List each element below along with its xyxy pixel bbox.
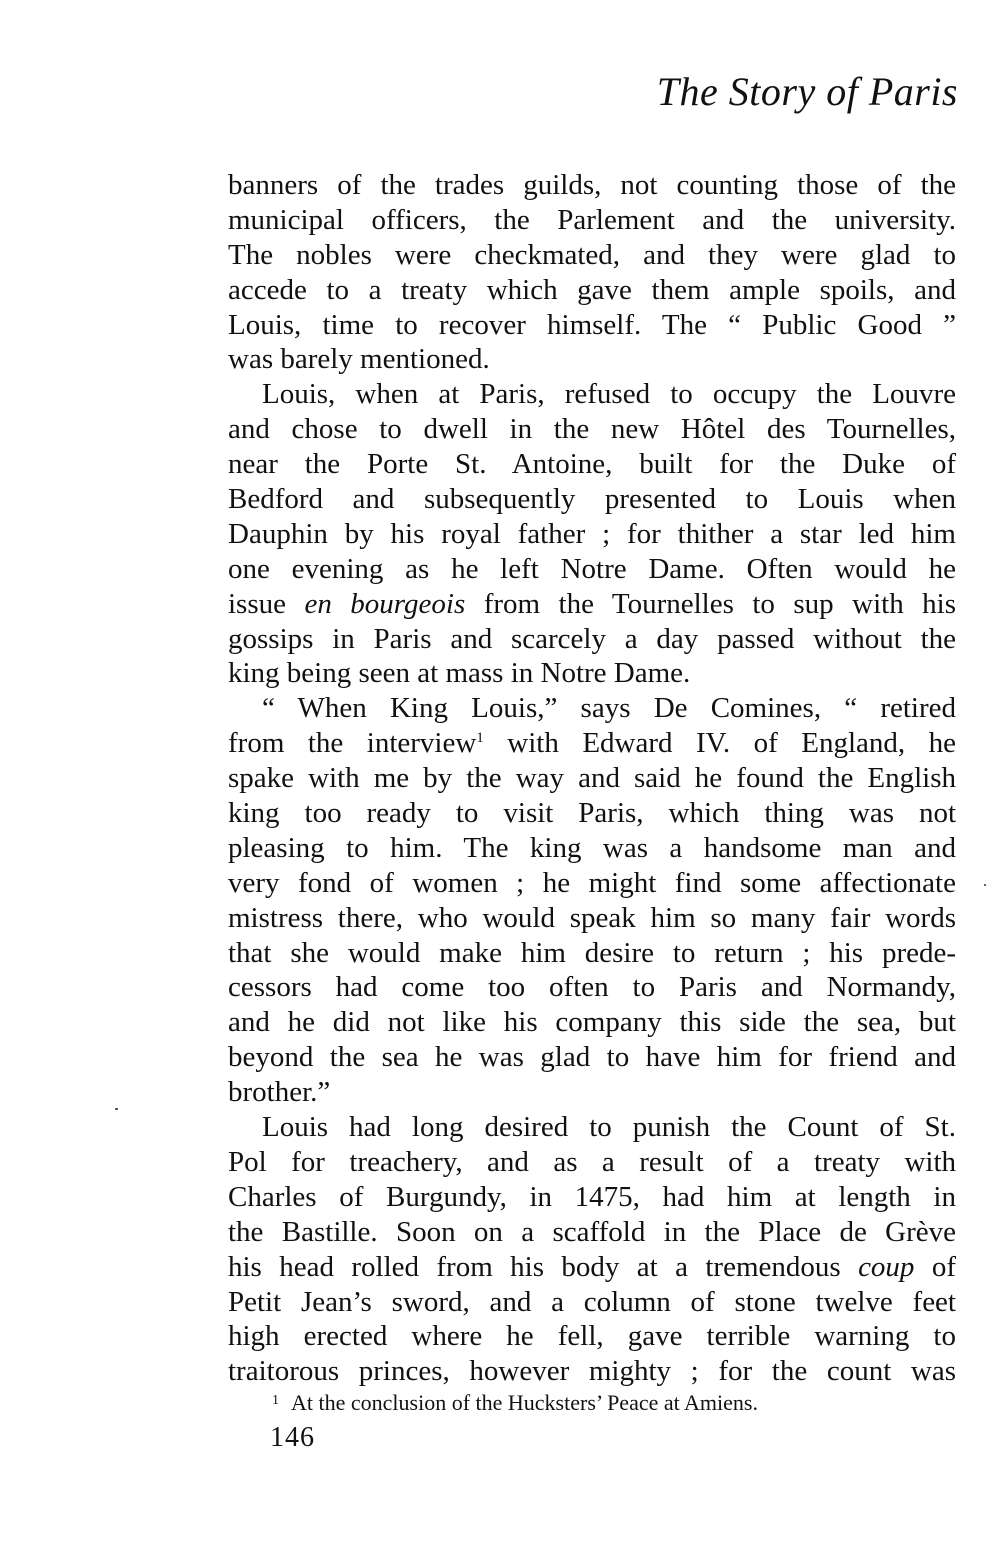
text-line: spake with me by the way and said he fou… xyxy=(228,761,956,796)
text-run: with Edward IV. of England, he xyxy=(484,727,956,759)
text-line: Louis, time to recover himself. The “ Pu… xyxy=(228,308,956,343)
text-line: gossips in Paris and scarcely a day pass… xyxy=(228,622,956,657)
text-line: banners of the trades guilds, not counti… xyxy=(228,168,956,203)
text-line: high erected where he fell, gave terribl… xyxy=(228,1319,956,1354)
text-line: issue en bourgeois from the Tournelles t… xyxy=(228,587,956,622)
text-line: was barely mentioned. xyxy=(228,342,956,377)
footnote-marker: 1 xyxy=(272,1393,279,1408)
body-text: banners of the trades guilds, not counti… xyxy=(228,168,956,1389)
text-line: Charles of Burgundy, in 1475, had him at… xyxy=(228,1180,956,1215)
text-line: and chose to dwell in the new Hôtel des … xyxy=(228,412,956,447)
text-run: from the Tournelles to sup with his xyxy=(465,588,956,620)
page-number: 146 xyxy=(270,1422,315,1454)
text-run: his head rolled from his body at a treme… xyxy=(228,1251,858,1283)
text-line: Petit Jean’s sword, and a column of ston… xyxy=(228,1285,956,1320)
text-line: Pol for treachery, and as a result of a … xyxy=(228,1145,956,1180)
text-line: Louis, when at Paris, refused to occupy … xyxy=(228,377,956,412)
text-line: king being seen at mass in Notre Dame. xyxy=(228,656,956,691)
text-line: the Bastille. Soon on a scaffold in the … xyxy=(228,1215,956,1250)
scan-speck xyxy=(115,1108,118,1110)
text-line: cessors had come too often to Paris and … xyxy=(228,970,956,1005)
text-run: issue xyxy=(228,588,304,620)
text-line: near the Porte St. Antoine, built for th… xyxy=(228,447,956,482)
text-line: one evening as he left Notre Dame. Often… xyxy=(228,552,956,587)
text-line: that she would make him desire to return… xyxy=(228,936,956,971)
text-line: his head rolled from his body at a treme… xyxy=(228,1250,956,1285)
text-line: pleasing to him. The king was a handsome… xyxy=(228,831,956,866)
text-line: brother.” xyxy=(228,1075,956,1110)
text-run: from the interview xyxy=(228,727,476,759)
text-line: Bedford and subsequently presented to Lo… xyxy=(228,482,956,517)
italic-phrase: en bourgeois xyxy=(304,588,465,620)
text-line: Dauphin by his royal father ; for thithe… xyxy=(228,517,956,552)
text-line: traitorous princes, however mighty ; for… xyxy=(228,1354,956,1389)
italic-phrase: coup xyxy=(858,1251,914,1283)
text-line: and he did not like his company this sid… xyxy=(228,1005,956,1040)
text-line: accede to a treaty which gave them ample… xyxy=(228,273,956,308)
text-line: beyond the sea he was glad to have him f… xyxy=(228,1040,956,1075)
running-head: The Story of Paris xyxy=(657,72,958,112)
footnote: 1At the conclusion of the Hucksters’ Pea… xyxy=(272,1392,758,1414)
text-line: “ When King Louis,” says De Comines, “ r… xyxy=(228,691,956,726)
text-line: mistress there, who would speak him so m… xyxy=(228,901,956,936)
text-line: from the interview1 with Edward IV. of E… xyxy=(228,726,956,761)
text-line: very fond of women ; he might find some … xyxy=(228,866,956,901)
footnote-text: At the conclusion of the Hucksters’ Peac… xyxy=(291,1390,758,1415)
text-line: Louis had long desired to punish the Cou… xyxy=(228,1110,956,1145)
text-line: The nobles were checkmated, and they wer… xyxy=(228,238,956,273)
footnote-reference: 1 xyxy=(476,730,484,746)
scan-speck xyxy=(984,884,986,886)
text-run: of xyxy=(914,1251,956,1283)
text-line: municipal officers, the Parlement and th… xyxy=(228,203,956,238)
text-line: king too ready to visit Paris, which thi… xyxy=(228,796,956,831)
